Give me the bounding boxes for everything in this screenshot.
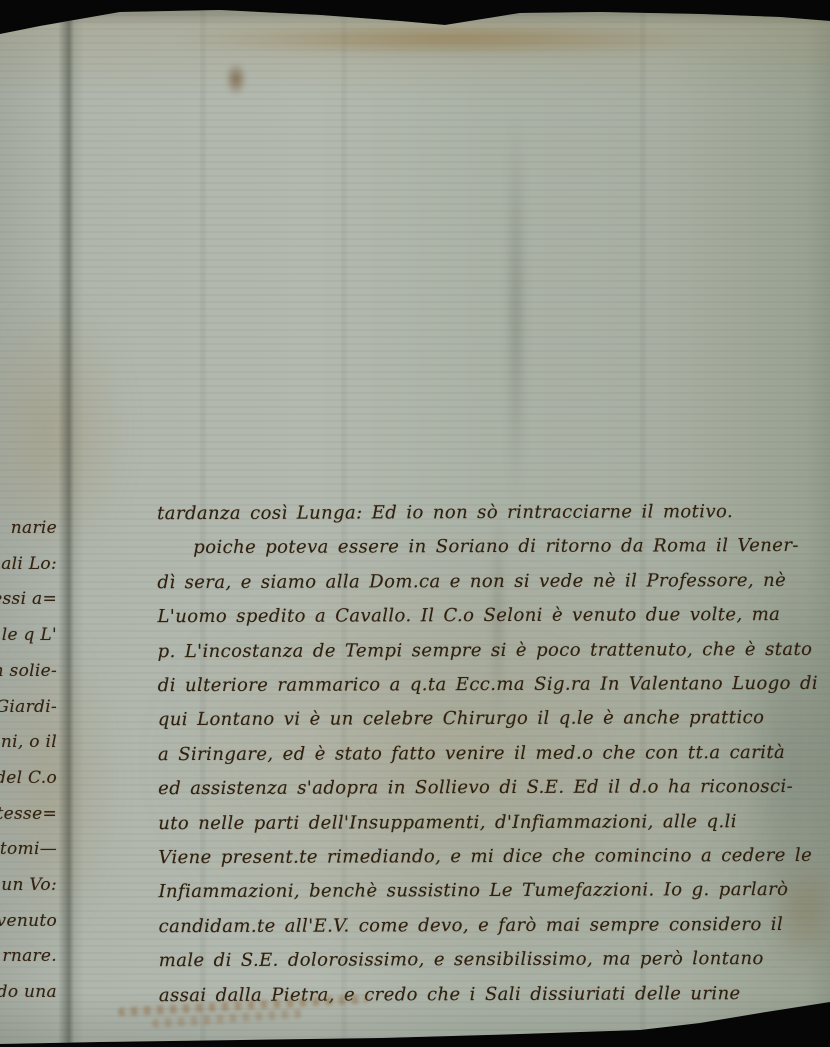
handwritten-line: ed assistenza s'adopra in Sollievo di S.…	[158, 770, 830, 807]
handwritten-line: a Siringare, ed è stato fatto venire il …	[158, 736, 830, 773]
cut-off-line: del C.o	[0, 761, 57, 797]
cut-off-line: e Giardi-	[0, 690, 57, 726]
center-crease-shadow	[508, 110, 524, 510]
handwritten-line: Infiammazioni, benchè sussistino Le Tume…	[158, 873, 830, 910]
cut-off-line: potesse=	[0, 797, 57, 833]
handwritten-line: Viene present.te rimediando, e mi dice c…	[158, 839, 830, 876]
cut-off-line: do una	[0, 975, 57, 1011]
scanned-letter-photo: narie mali Lo: otessi a= le q L' un soli…	[0, 0, 830, 1047]
cut-off-line: o un Vo:	[0, 868, 57, 904]
letter-page: narie mali Lo: otessi a= le q L' un soli…	[0, 0, 830, 1047]
handwritten-line: male di S.E. dolorosissimo, e sensibilis…	[159, 942, 830, 979]
handwritten-line: dì sera, e siamo alla Dom.ca e non si ve…	[157, 564, 829, 601]
cut-off-line: otessi a=	[0, 582, 57, 618]
page-fold-gutter	[58, 0, 84, 1047]
handwritten-line: candidam.te all'E.V. come devo, e farò m…	[159, 908, 830, 945]
cut-off-line: narie	[11, 511, 57, 547]
cut-off-line: mali Lo:	[0, 547, 57, 583]
previous-page-edge-text: narie mali Lo: otessi a= le q L' un soli…	[0, 511, 57, 1011]
letter-body-text: tardanza così Lunga: Ed io non sò rintra…	[157, 495, 830, 1013]
handwritten-line: di ulteriore rammarico a q.ta Ecc.ma Sig…	[158, 667, 830, 704]
cut-off-line: un solie-	[0, 654, 57, 690]
handwritten-line: qui Lontano vi è un celebre Chirurgo il …	[158, 701, 830, 738]
cut-off-line: le q L'	[2, 618, 57, 654]
cut-off-line: rnare.	[2, 939, 57, 975]
handwritten-line: p. L'incostanza de Tempi sempre si è poc…	[158, 632, 830, 669]
handwritten-line: uto nelle parti dell'Insuppamenti, d'Inf…	[158, 804, 830, 841]
cut-off-line: ni, o il	[1, 725, 57, 761]
ink-speck-stain	[225, 62, 247, 96]
handwritten-line: L'uomo spedito a Cavallo. Il C.o Seloni …	[157, 598, 829, 635]
handwritten-line: poiche poteva essere in Soriano di ritor…	[157, 529, 829, 566]
handwritten-line: tardanza così Lunga: Ed io non sò rintra…	[157, 495, 829, 532]
top-edge-stain	[170, 22, 730, 56]
cut-off-line: do venuto	[0, 904, 57, 940]
cut-off-line: ntomi—	[0, 832, 57, 868]
